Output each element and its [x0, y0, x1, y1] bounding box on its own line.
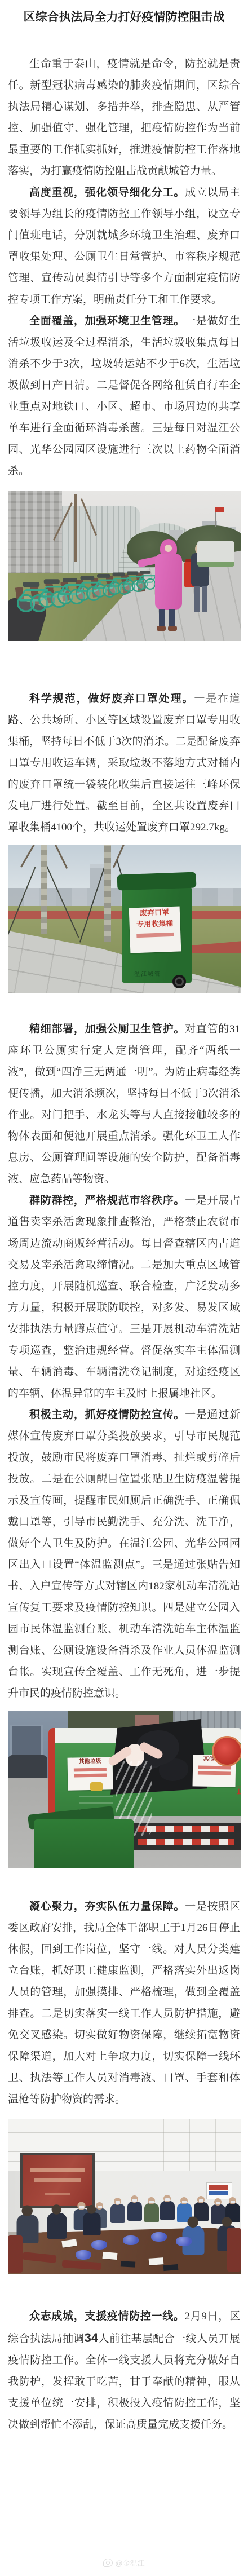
section-text-1: 成立以局主要领导为组长的疫情防控工作领导小组，设立专门值班电话，分别就城乡环境卫… — [8, 187, 240, 306]
section-text-6: 一是通过新媒体宣传废弃口罩分类投放要求，引导市民规范投放，鼓励市民将废弃口罩消毒… — [8, 1409, 240, 1699]
shoe — [168, 626, 177, 631]
section-lead-3: 科学规范，做好废弃口罩处理。 — [29, 693, 194, 705]
red-character: 正 — [237, 1783, 241, 1796]
chair — [8, 2235, 23, 2273]
section-lead-7: 凝心聚力，夯实队伍力量保障。 — [29, 1901, 185, 1912]
photo-staff-meeting — [8, 2119, 241, 2274]
leg — [202, 586, 207, 612]
truck-red-stripe — [48, 1728, 55, 1816]
highlight-number: 34 — [85, 2331, 98, 2345]
paper — [149, 2257, 164, 2265]
intro-paragraph: 生命重于泰山，疫情就是命令，防控就是责任。新型冠状病毒感染的肺炎疫情期间，区综合… — [8, 54, 240, 182]
section-lead-8: 众志成城，支援疫情防控一线。 — [29, 2310, 185, 2322]
leg — [159, 609, 165, 627]
blue-bag — [91, 2240, 107, 2250]
section-paragraph-2: 全面覆盖，加强环境卫生管理。一是做好生活垃圾收运及全过程消杀，生活垃圾收集点每日… — [8, 311, 240, 482]
blue-bag — [151, 2232, 167, 2242]
tree-trunk — [104, 845, 111, 942]
person-figure — [47, 2213, 67, 2239]
notebook — [121, 2261, 135, 2267]
section-lead-1: 高度重视，强化领导细化分工。 — [29, 187, 185, 198]
person-figure — [127, 2202, 142, 2221]
leg — [194, 586, 200, 612]
raincoat — [155, 554, 182, 610]
truck-sign-small-text — [198, 1771, 231, 1775]
parked-motorbikes — [8, 1755, 47, 1780]
section-paragraph-4: 精细部署，加强公厕卫生管护。对直管的31座环卫公厕实行定人定岗管理，配齐“两纸一… — [8, 1019, 240, 1190]
photo-waste-mask-bin: 废弃口罩 专用收集桶 温江城管 — [8, 845, 241, 993]
section-paragraph-5: 群防群控，严格规范市容秩序。一是开展占道售卖宰杀活禽现象排查整治，严格禁止农贸市… — [8, 1190, 240, 1404]
section-lead-5: 群防群控，严格规范市容秩序。 — [29, 1195, 185, 1207]
watermark: @金温江 — [0, 2557, 248, 2568]
bin-lid — [117, 872, 197, 891]
truck-in-background — [197, 541, 234, 567]
section-lead-4: 精细部署，加强公厕卫生管护。 — [29, 1023, 185, 1035]
truck-sign-small-text — [74, 1773, 107, 1777]
sign-image — [209, 2185, 228, 2190]
watermark-handle: @金温江 — [115, 2559, 144, 2568]
section-text-3: 一是在道路、公共场所、小区等区域设置废弃口罩专用收集桶，坚持每日不低于3次的消杀… — [8, 693, 240, 833]
section-paragraph-1: 高度重视，强化领导细化分工。成立以局主要领导为组长的疫情防控工作领导小组，设立专… — [8, 182, 240, 311]
page-title: 区综合执法局全力打好疫情防控阻击战 — [7, 8, 241, 25]
weibo-logo-icon — [103, 2559, 113, 2567]
chair — [227, 2228, 241, 2272]
slide-text-line — [34, 2178, 81, 2182]
article-body: 生命重于泰山，疫情就是命令，防控就是责任。新型冠状病毒感染的肺炎疫情期间，区综合… — [8, 54, 240, 2436]
section-paragraph-3: 科学规范，做好废弃口罩处理。一是在道路、公共场所、小区等区域设置废弃口罩专用收集… — [8, 688, 240, 838]
person-figure — [144, 2203, 159, 2222]
blue-bag — [176, 2237, 192, 2246]
person-figure — [160, 2201, 175, 2220]
bare-tree — [74, 494, 77, 562]
slide-text-line — [30, 2168, 85, 2172]
worker-in-pink-raincoat — [151, 539, 188, 633]
leg — [169, 609, 175, 627]
green-bin — [34, 1819, 134, 1868]
bin-wheel — [172, 975, 186, 988]
sign-image — [209, 2191, 228, 2195]
person-figure — [83, 2212, 100, 2235]
section-text-4: 对直管的31座环卫公厕实行定人定岗管理，配齐“两纸一液”，做到“四净三无两通一明… — [8, 1023, 240, 1185]
truck-sign-small-text — [74, 1768, 107, 1771]
wall-sign — [206, 2182, 232, 2199]
section-text-2: 一是做好生活垃圾收运及全过程消杀，生活垃圾收集点每日消杀不少于3次，垃圾转运站不… — [8, 315, 240, 477]
article-page: 区综合执法局全力打好疫情防控阻击战 生命重于泰山，疫情就是命令，防控就是责任。新… — [0, 0, 248, 2576]
section-paragraph-8: 众志成城，支援疫情防控一线。2月9日，区综合执法局抽调34人前往基层配合一线人员… — [8, 2306, 240, 2436]
section-paragraph-7: 凝心聚力，夯实队伍力量保障。一是按照区委区政府安排，我局全体干部职工于1月26日… — [8, 1896, 240, 2110]
projector-screen — [20, 2153, 95, 2208]
section-lead-6: 积极主动，抓好疫情防控宣传。 — [29, 1409, 185, 1421]
conference-table — [8, 2228, 241, 2274]
blue-bag — [123, 2235, 139, 2245]
section-text-8-post: 人前往基层配合一线人员开展疫情防控工作。全体一线支援人员将充分做好自我防护，发挥… — [8, 2333, 240, 2431]
bin-brand-text: 温江城管 — [134, 969, 179, 978]
red-flag — [215, 507, 224, 512]
person-figure — [110, 2204, 125, 2223]
slide-text-line — [45, 2193, 70, 2195]
bin-sign: 废弃口罩 专用收集桶 — [129, 906, 181, 953]
section-lead-2: 全面覆盖，加强环境卫生管理。 — [29, 315, 185, 327]
bin-sign-small-text — [136, 933, 174, 938]
face — [165, 545, 172, 552]
red-slide — [23, 2155, 92, 2206]
blue-bag — [76, 2250, 91, 2260]
red-emblem — [212, 1736, 241, 1766]
green-waste-mask-bin: 废弃口罩 专用收集桶 温江城管 — [119, 872, 198, 985]
tree-trunk — [41, 845, 47, 934]
section-text-5: 一是开展占道售卖宰杀活禽现象排查整治，严格禁止农贸市场周边流动商贩经营活动。每日… — [8, 1195, 240, 1399]
photo-garbage-truck-loading: 其他垃圾 其他垃圾 正 — [8, 1711, 241, 1868]
shoe — [157, 626, 166, 631]
section-paragraph-6: 积极主动，抓好疫情防控宣传。一是通过新媒体宣传废弃口罩分类投放要求，引导市民规范… — [8, 1404, 240, 1704]
photo-bike-disinfection — [8, 491, 241, 641]
section-text-7: 一是按照区委区政府安排，我局全体干部职工于1月26日停止休假，回到工作岗位，坚守… — [8, 1901, 240, 2105]
paper — [103, 2252, 118, 2260]
truck-sign-text: 其他垃圾 — [67, 1757, 112, 1766]
bin-sign-line2: 专用收集桶 — [129, 917, 180, 930]
